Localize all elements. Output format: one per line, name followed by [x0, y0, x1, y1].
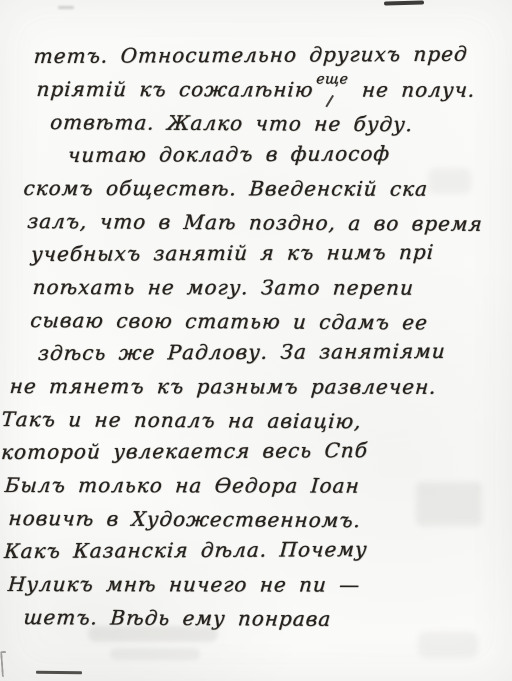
scanned-manuscript-page: тетъ. Относительно другихъ предпріятій к…	[0, 0, 512, 681]
manuscript-line: читаю докладъ в философ	[67, 137, 505, 172]
manuscript-line: пріятій къ сожалѣніюеще не получ.	[35, 73, 509, 107]
manuscript-line: Какъ Казанскія дѣла. Почему	[3, 533, 477, 568]
scan-artifact-smudge-bottom-left	[110, 648, 200, 660]
scan-artifact-speck-top-left	[58, 6, 74, 9]
manuscript-line: шетъ. Вѣдь ему понрава	[22, 601, 472, 637]
line-text: не получ.	[349, 78, 476, 102]
line-text: пріятій къ сожалѣнію	[36, 77, 315, 101]
scan-artifact-line-bottom-left	[36, 671, 82, 674]
manuscript-line: не тянетъ къ разнымъ развлечен.	[9, 370, 489, 404]
manuscript-line: тетъ. Относительно другихъ пред	[33, 38, 512, 73]
inserted-word-above-line: еще	[315, 63, 349, 96]
manuscript-line: скомъ обществѣ. Введенскій ска	[22, 172, 502, 206]
manuscript-line: Нуликъ мнѣ ничего не пи —	[7, 568, 475, 602]
manuscript-line: поѣхать не могу. Зато перепи	[32, 271, 496, 305]
scan-artifact-bracket-left-edge	[0, 651, 8, 677]
manuscript-line: здѣсь же Радлову. За занятіями	[37, 335, 491, 370]
handwritten-text-block: тетъ. Относительно другихъ предпріятій к…	[0, 40, 512, 634]
manuscript-line: Былъ только на Ѳедора Іоан	[4, 469, 482, 503]
scan-artifact-dash-top-right	[384, 0, 424, 5]
manuscript-line: которой увлекается весь Спб	[0, 433, 484, 469]
manuscript-line: учебныхъ занятій я къ нимъ прі	[30, 236, 498, 271]
